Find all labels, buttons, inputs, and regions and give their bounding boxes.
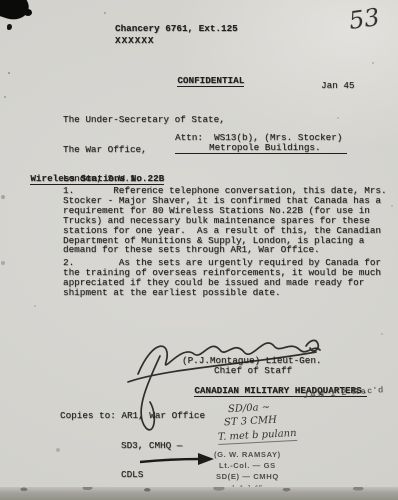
officer-stamp-unit: SD(E) — CMHQ	[214, 471, 281, 482]
copies-item: AR1, War Office	[121, 410, 205, 421]
copies-label: Copies to:	[60, 410, 121, 421]
ink-blot-dot	[24, 9, 32, 16]
officer-stamp-rank: Lt.-Col. — GS	[214, 460, 281, 471]
arrow-annotation	[138, 452, 216, 468]
signatory-title: Chief of Staff	[214, 366, 292, 376]
officer-stamp-name: (G. W. RAMSAY)	[214, 449, 281, 460]
scan-bottom-edge	[0, 487, 398, 500]
paper-speckles	[0, 0, 2, 2]
attn-address: Metropole Buildings.	[175, 143, 347, 154]
phone-line: Chancery 6761, Ext.125	[115, 24, 238, 34]
date: Jan 45	[321, 81, 354, 91]
struck-out-text: XXXXXX	[115, 36, 154, 46]
paragraph-1: 1. Reference telephone conversation, thi…	[63, 186, 395, 255]
handwritten-note: SD/0a ~	[228, 402, 271, 416]
classification-label: CONFIDENTIAL	[177, 75, 244, 87]
recipient-line: The Under-Secretary of State,	[63, 115, 225, 125]
handwritten-page-number: 53	[347, 3, 381, 35]
subject-line: Wireless Stations No.22B	[30, 173, 164, 185]
copies-item: SD3, CMHQ —	[60, 441, 205, 451]
paragraph-2: 2. As the sets are urgently required by …	[63, 258, 395, 298]
copies-item: CDLS	[60, 470, 205, 480]
ink-blot-droplet	[7, 24, 12, 30]
handwritten-note: T. met b pulann	[218, 428, 297, 445]
scanned-letter-page: 53 Chancery 6761, Ext.125 XXXXXX CONFIDE…	[0, 0, 398, 500]
copies-row: Copies to: AR1, War Office	[60, 411, 205, 421]
